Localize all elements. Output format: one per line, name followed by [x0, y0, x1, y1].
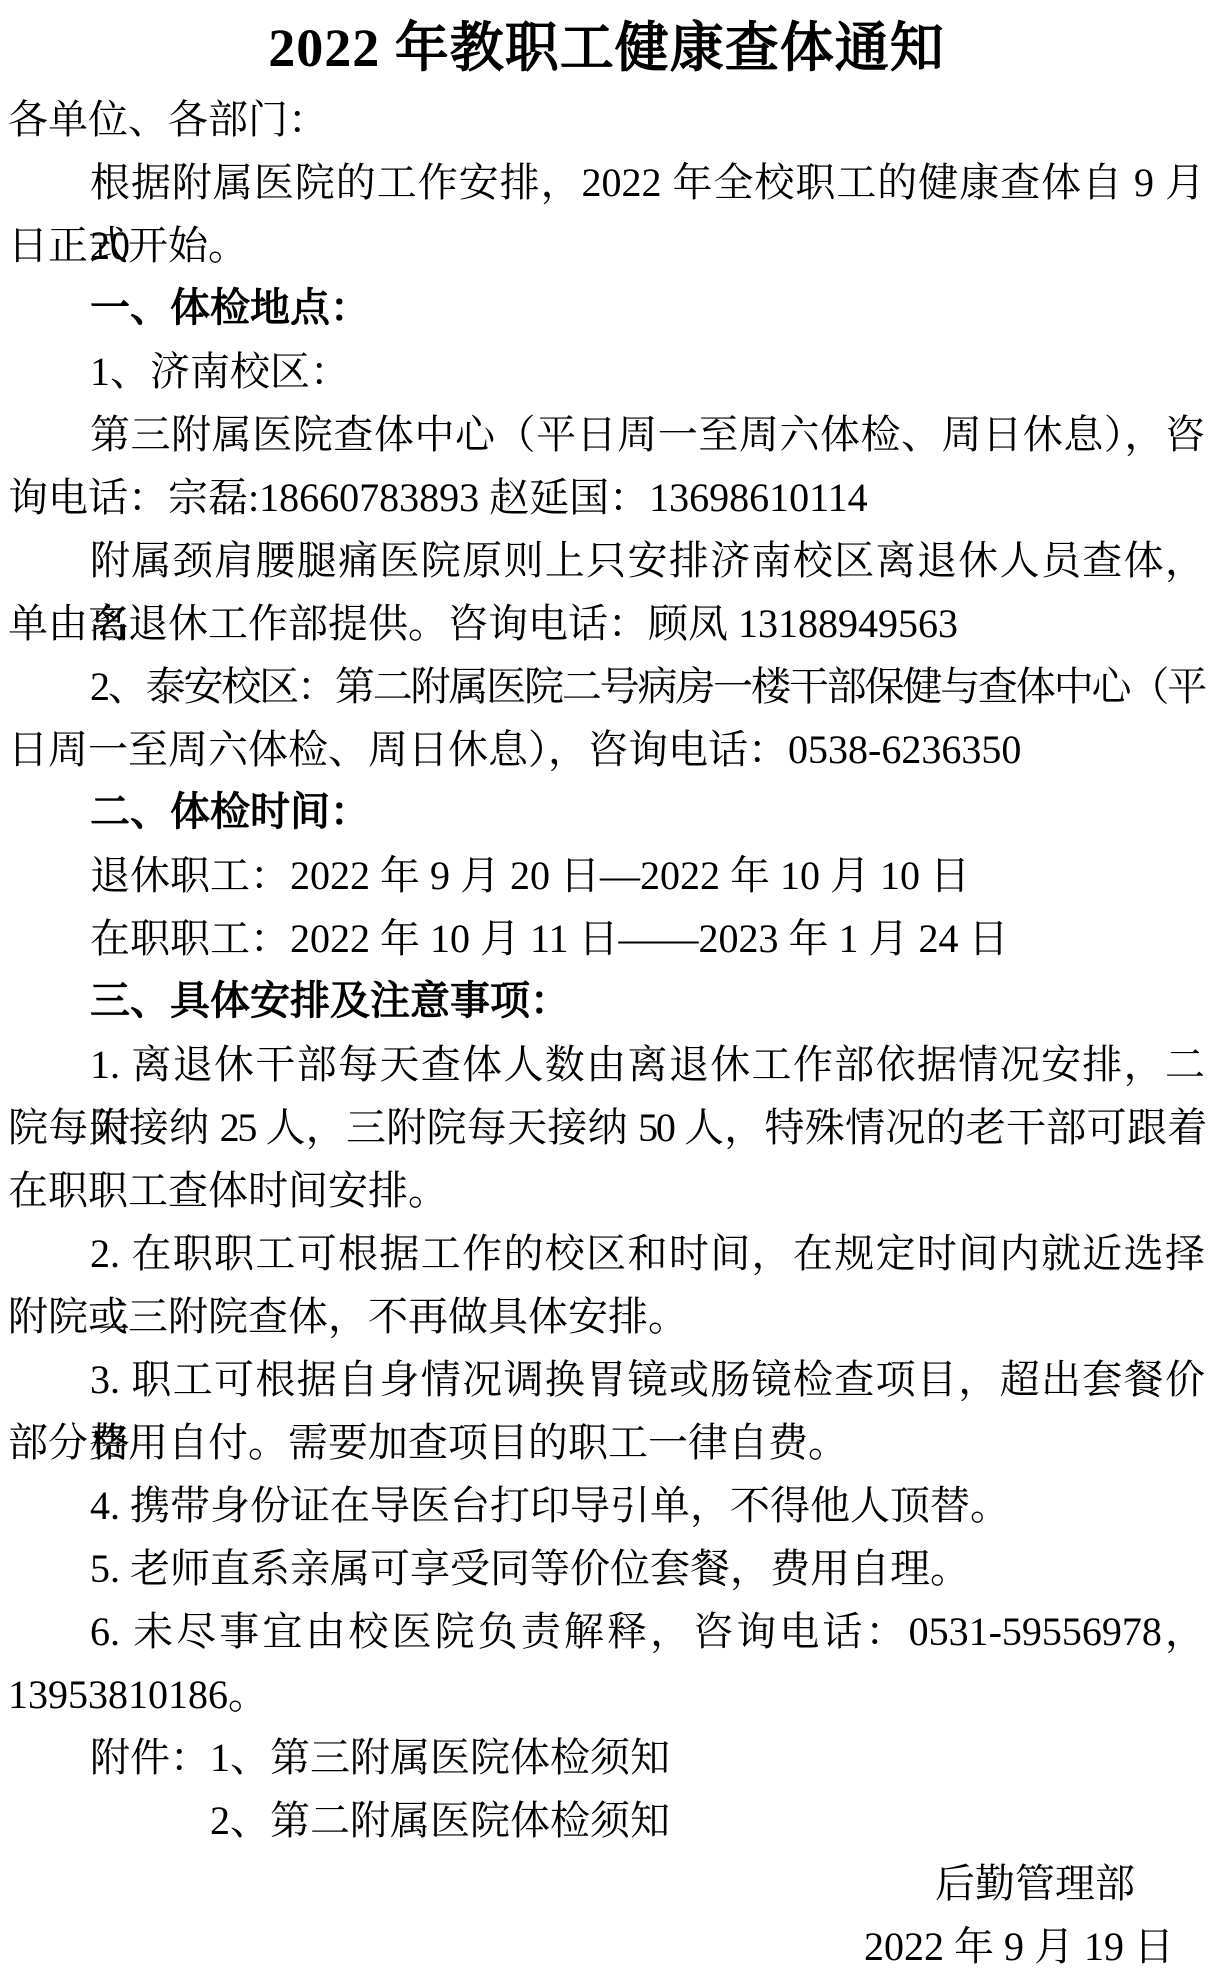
doc-line: 4. 携带身份证在导医台打印导引单，不得他人顶替。 [8, 1474, 1205, 1537]
doc-line: 退休职工：2022 年 9 月 20 日—2022 年 10 月 10 日 [8, 844, 1205, 907]
doc-line: 后勤管理部 [8, 1852, 1205, 1915]
doc-line: 1. 离退休干部每天查体人数由离退休工作部依据情况安排，二附 [8, 1033, 1205, 1096]
doc-line: 附件：1、第三附属医院体检须知 [8, 1726, 1205, 1789]
doc-line: 3. 职工可根据自身情况调换胃镜或肠镜检查项目，超出套餐价格 [8, 1348, 1205, 1411]
doc-line: 2、第二附属医院体检须知 [8, 1789, 1205, 1852]
doc-line: 一、体检地点： [8, 277, 1205, 340]
doc-line: 附属颈肩腰腿痛医院原则上只安排济南校区离退休人员查体，名 [8, 529, 1205, 592]
doc-line: 单由离退休工作部提供。咨询电话：顾凤 13188949563 [8, 592, 1205, 655]
document-title: 2022 年教职工健康查体通知 [8, 8, 1205, 88]
doc-line: 2022 年 9 月 19 日 [8, 1915, 1205, 1978]
doc-line: 2. 在职职工可根据工作的校区和时间，在规定时间内就近选择二 [8, 1222, 1205, 1285]
doc-line: 第三附属医院查体中心（平日周一至周六体检、周日休息），咨 [8, 403, 1205, 466]
doc-line: 询电话：宗磊:18660783893 赵延国：13698610114 [8, 466, 1205, 529]
doc-line: 各单位、各部门： [8, 88, 1205, 151]
doc-line: 日周一至周六体检、周日休息），咨询电话：0538-6236350 [8, 718, 1205, 781]
doc-line: 附院或三附院查体，不再做具体安排。 [8, 1285, 1205, 1348]
doc-line: 5. 老师直系亲属可享受同等价位套餐，费用自理。 [8, 1537, 1205, 1600]
doc-line: 1、济南校区： [8, 340, 1205, 403]
notice-document: 2022 年教职工健康查体通知 各单位、各部门：根据附属医院的工作安排，2022… [0, 0, 1213, 1981]
doc-line: 13953810186。 [8, 1663, 1205, 1726]
doc-line: 部分费用自付。需要加查项目的职工一律自费。 [8, 1411, 1205, 1474]
doc-line: 二、体检时间： [8, 781, 1205, 844]
doc-line: 根据附属医院的工作安排，2022 年全校职工的健康查体自 9 月 20 [8, 151, 1205, 214]
doc-line: 2、泰安校区：第二附属医院二号病房一楼干部保健与查体中心（平 [8, 655, 1205, 718]
doc-line: 在职职工：2022 年 10 月 11 日——2023 年 1 月 24 日 [8, 907, 1205, 970]
doc-line: 日正式开始。 [8, 214, 1205, 277]
document-body: 各单位、各部门：根据附属医院的工作安排，2022 年全校职工的健康查体自 9 月… [8, 88, 1205, 1978]
doc-line: 三、具体安排及注意事项： [8, 970, 1205, 1033]
doc-line: 6. 未尽事宜由校医院负责解释，咨询电话：0531-59556978， [8, 1600, 1205, 1663]
doc-line: 在职职工查体时间安排。 [8, 1159, 1205, 1222]
doc-line: 院每天接纳 25 人，三附院每天接纳 50 人，特殊情况的老干部可跟着 [8, 1096, 1205, 1159]
